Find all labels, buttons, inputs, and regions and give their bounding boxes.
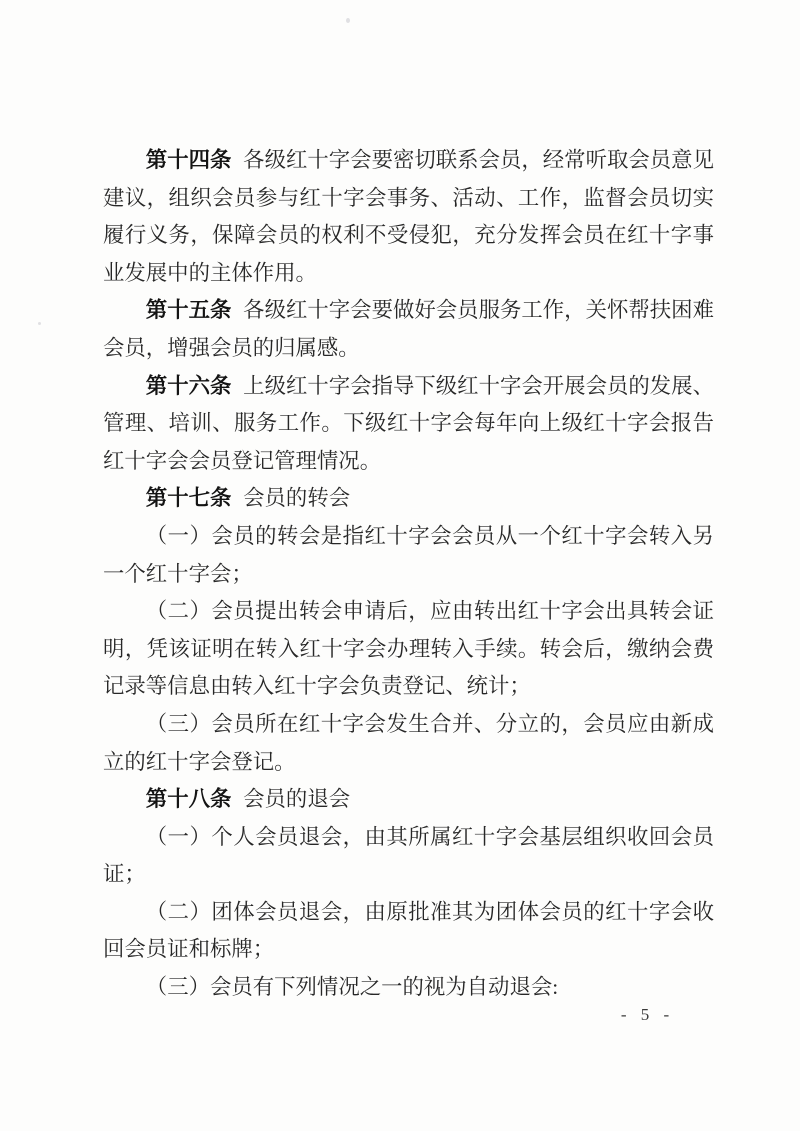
article-18-clause-3: （三）会员有下列情况之一的视为自动退会: <box>103 969 714 1007</box>
clause-text: （三）会员所在红十字会发生合并、分立的，会员应由新成立的红十字会登记。 <box>103 712 714 774</box>
clause-text: （三）会员有下列情况之一的视为自动退会: <box>146 975 558 999</box>
article-15-number: 第十五条 <box>146 298 232 322</box>
page-number: - 5 - <box>601 1005 691 1025</box>
article-18-number: 第十八条 <box>146 787 232 811</box>
article-18-text: 会员的退会 <box>243 787 350 811</box>
article-18-paragraph: 第十八条会员的退会 <box>103 781 714 819</box>
article-14-paragraph: 第十四条各级红十字会要密切联系会员，经常听取会员意见建议，组织会员参与红十字会事… <box>103 142 714 292</box>
clause-text: （一）会员的转会是指红十字会会员从一个红十字会转入另一个红十字会； <box>103 524 714 586</box>
article-16-paragraph: 第十六条上级红十字会指导下级红十字会开展会员的发展、管理、培训、服务工作。下级红… <box>103 368 714 481</box>
article-17-clause-1: （一）会员的转会是指红十字会会员从一个红十字会转入另一个红十字会； <box>103 518 714 593</box>
clause-text: （二）会员提出转会申请后，应由转出红十字会出具转会证明，凭该证明在转入红十字会办… <box>103 599 714 698</box>
article-18-clause-2: （二）团体会员退会，由原批准其为团体会员的红十字会收回会员证和标牌； <box>103 894 714 969</box>
scan-artifact-speck <box>38 322 41 325</box>
article-17-text: 会员的转会 <box>243 486 350 510</box>
article-17-clause-2: （二）会员提出转会申请后，应由转出红十字会出具转会证明，凭该证明在转入红十字会办… <box>103 593 714 706</box>
article-15-paragraph: 第十五条各级红十字会要做好会员服务工作，关怀帮扶困难会员，增强会员的归属感。 <box>103 292 714 367</box>
article-18-clause-1: （一）个人会员退会，由其所属红十字会基层组织收回会员证； <box>103 819 714 894</box>
article-17-clause-3: （三）会员所在红十字会发生合并、分立的，会员应由新成立的红十字会登记。 <box>103 706 714 781</box>
clause-text: （二）团体会员退会，由原批准其为团体会员的红十字会收回会员证和标牌； <box>103 900 714 962</box>
article-14-number: 第十四条 <box>146 148 232 172</box>
article-17-paragraph: 第十七条会员的转会 <box>103 480 714 518</box>
article-16-number: 第十六条 <box>146 374 232 398</box>
clause-text: （一）个人会员退会，由其所属红十字会基层组织收回会员证； <box>103 825 714 887</box>
document-page: 第十四条各级红十字会要密切联系会员，经常听取会员意见建议，组织会员参与红十字会事… <box>0 0 800 1131</box>
document-body: 第十四条各级红十字会要密切联系会员，经常听取会员意见建议，组织会员参与红十字会事… <box>103 142 714 1007</box>
scan-artifact-mark <box>346 18 350 23</box>
article-17-number: 第十七条 <box>146 486 232 510</box>
